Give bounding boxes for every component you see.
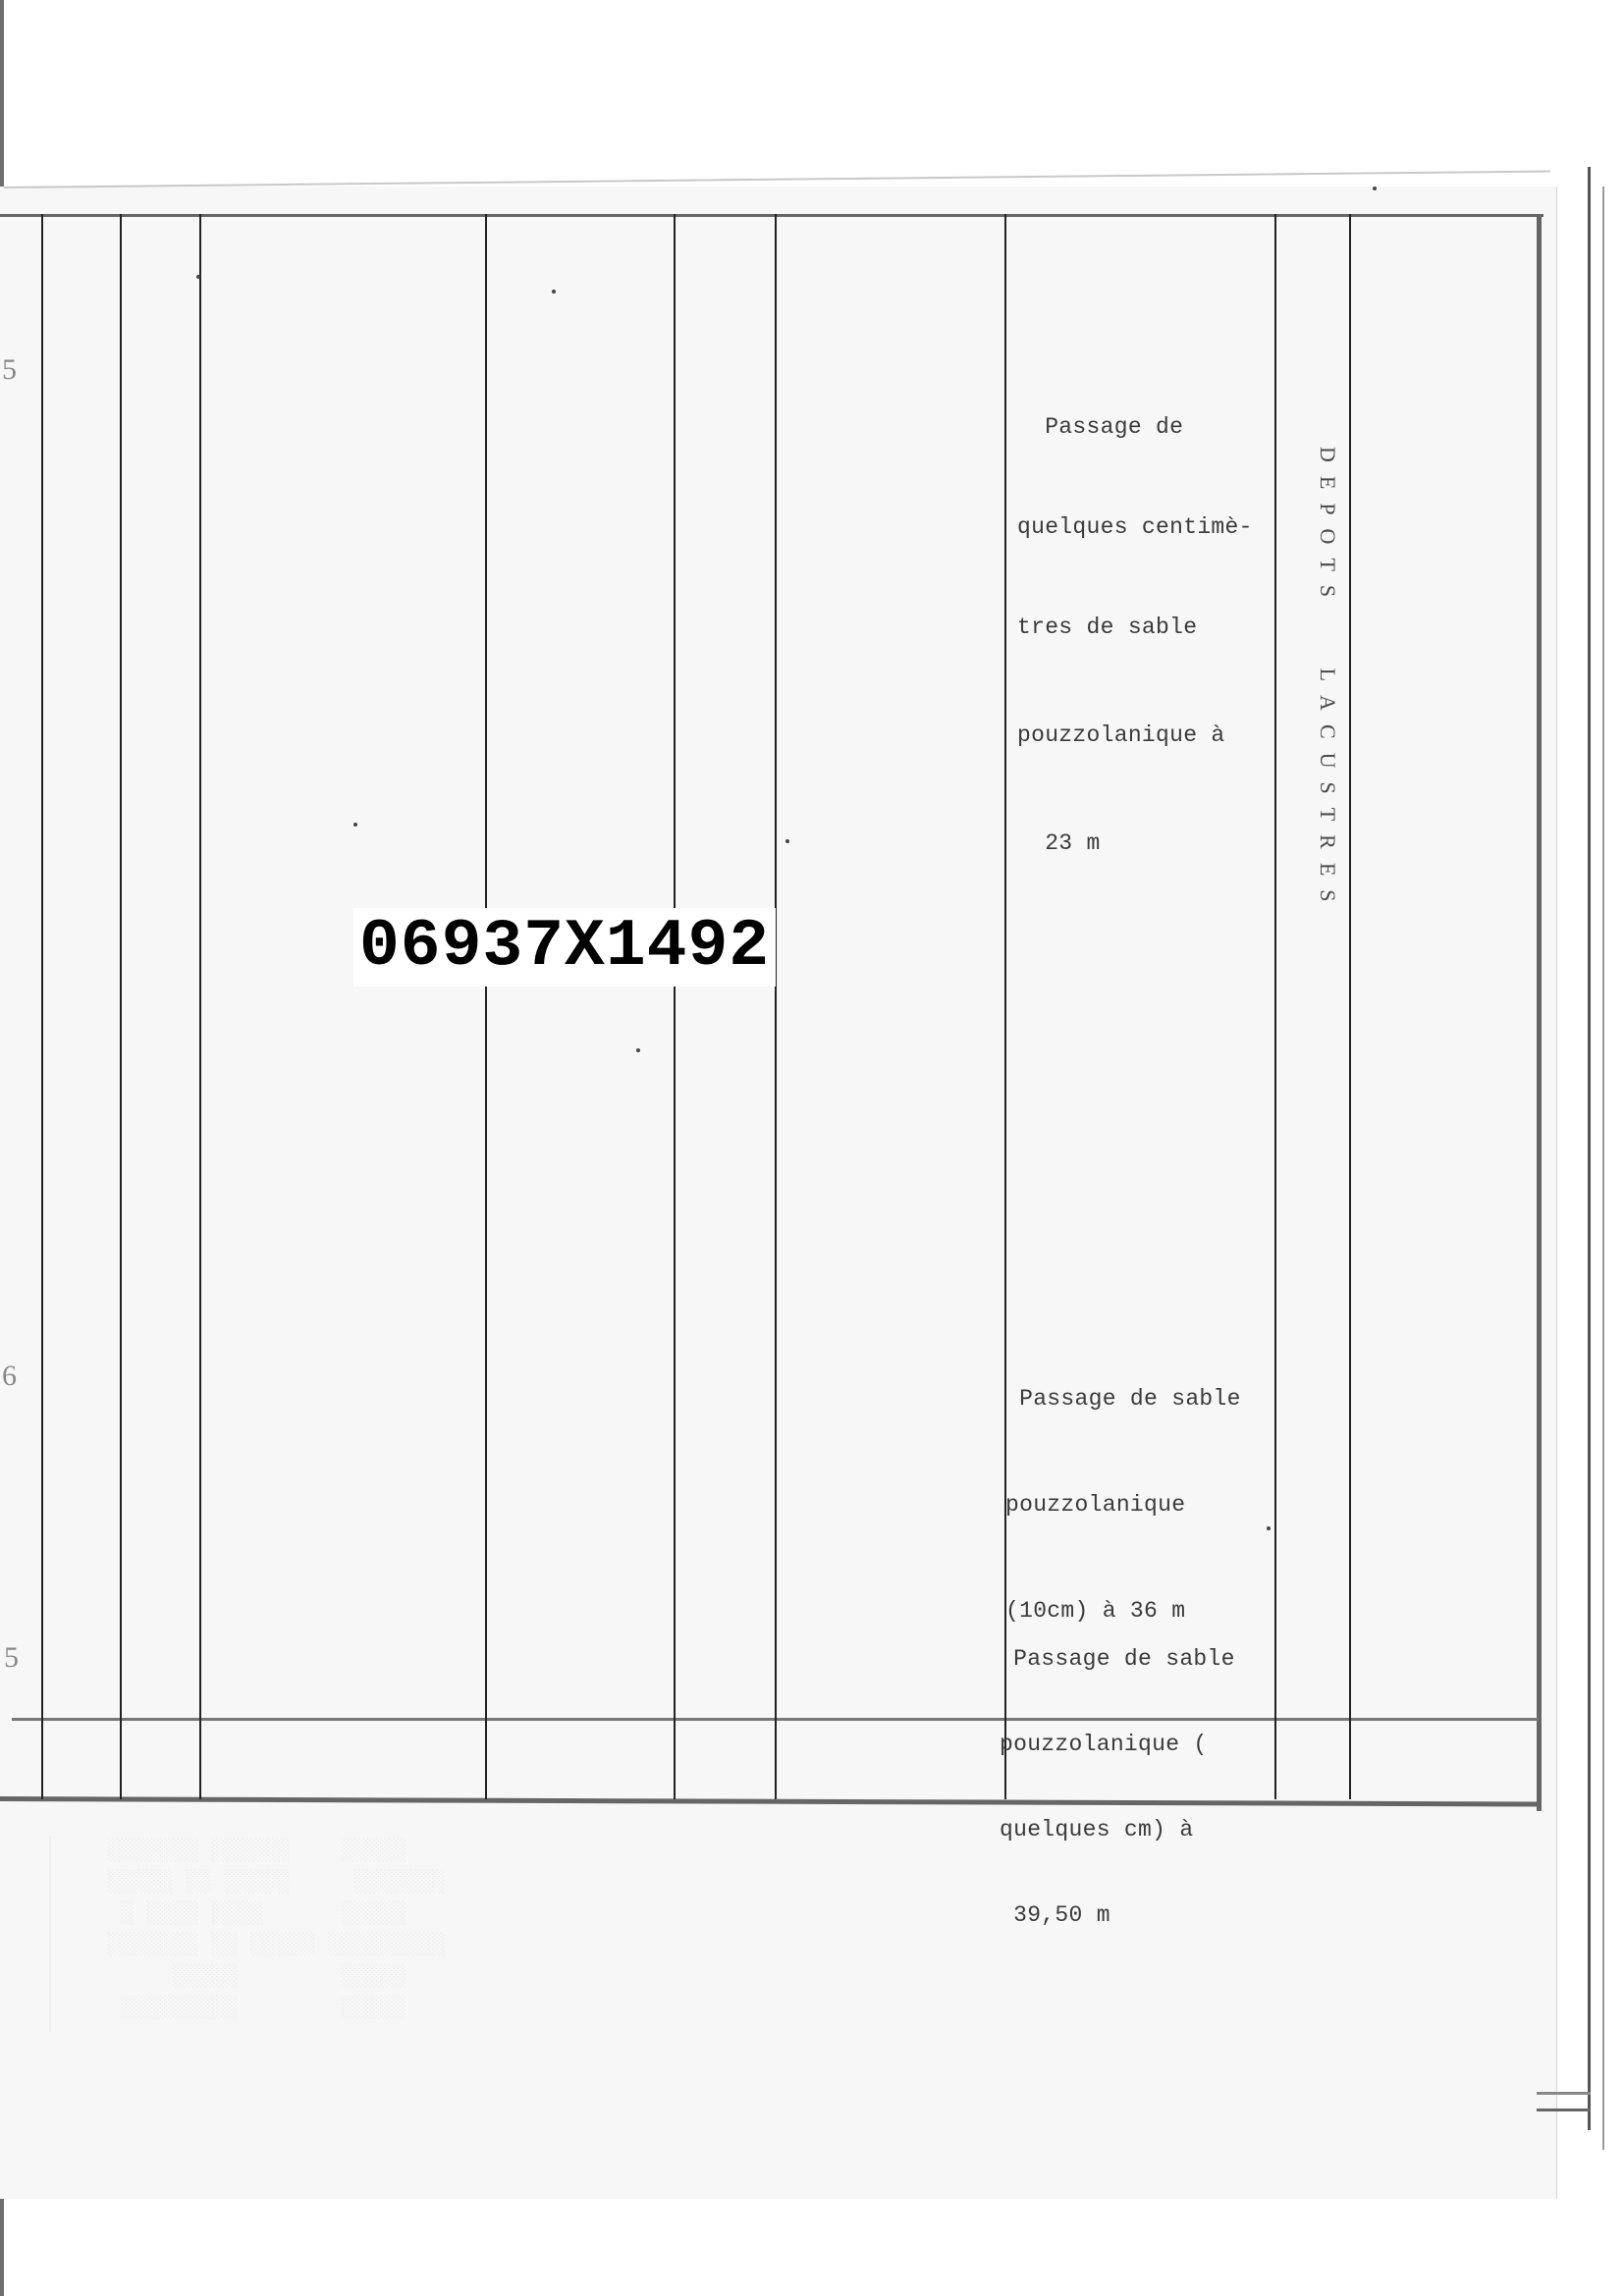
observation-line: 39,50 m xyxy=(1000,1901,1235,1930)
scan-speck xyxy=(353,823,357,827)
observation-line: Passage de xyxy=(1017,410,1253,444)
scan-speck xyxy=(636,1048,640,1052)
scan-speck xyxy=(196,275,200,279)
column-divider xyxy=(775,214,777,1799)
column-divider xyxy=(1274,214,1276,1799)
column-divider xyxy=(41,214,43,1799)
observation-line: quelques centimè- xyxy=(1017,510,1253,544)
margin-mark: 5 xyxy=(2,353,17,387)
observation-note: Passage de sable pouzzolanique ( quelque… xyxy=(1000,1588,1235,1987)
lithology-label: DEPOTS LACUSTRES xyxy=(1301,447,1340,916)
observation-line: pouzzolanique xyxy=(1005,1488,1241,1522)
margin-mark: 6 xyxy=(2,1360,17,1393)
scan-speck xyxy=(1373,187,1377,190)
observation-line: quelques cm) à xyxy=(1000,1816,1235,1844)
table-top-border xyxy=(0,214,1543,217)
column-divider xyxy=(120,214,122,1799)
observation-line: 23 m xyxy=(1017,827,1253,860)
document-id-stamp: 06937X1492 xyxy=(353,908,776,987)
observation-note: Passage de quelques centimè- tres de sab… xyxy=(1017,344,1253,927)
scan-speck xyxy=(552,290,556,294)
column-divider xyxy=(199,214,201,1799)
column-divider xyxy=(674,214,676,1799)
table-bottom-border xyxy=(0,1796,1542,1806)
log-table: Passage de quelques centimè- tres de sab… xyxy=(0,0,1624,2296)
observation-line: pouzzolanique à xyxy=(1017,719,1253,752)
observation-line: pouzzolanique ( xyxy=(1000,1731,1235,1759)
observation-line: tres de sable xyxy=(1017,611,1253,644)
scan-speck xyxy=(1267,1526,1271,1530)
observation-line: Passage de sable xyxy=(1000,1645,1235,1674)
observation-line: Passage de sable xyxy=(1005,1382,1241,1415)
margin-mark: 5 xyxy=(4,1641,19,1675)
column-divider xyxy=(485,214,487,1799)
scan-speck xyxy=(785,839,789,843)
column-divider xyxy=(1349,214,1351,1799)
table-right-border xyxy=(1537,216,1542,1811)
